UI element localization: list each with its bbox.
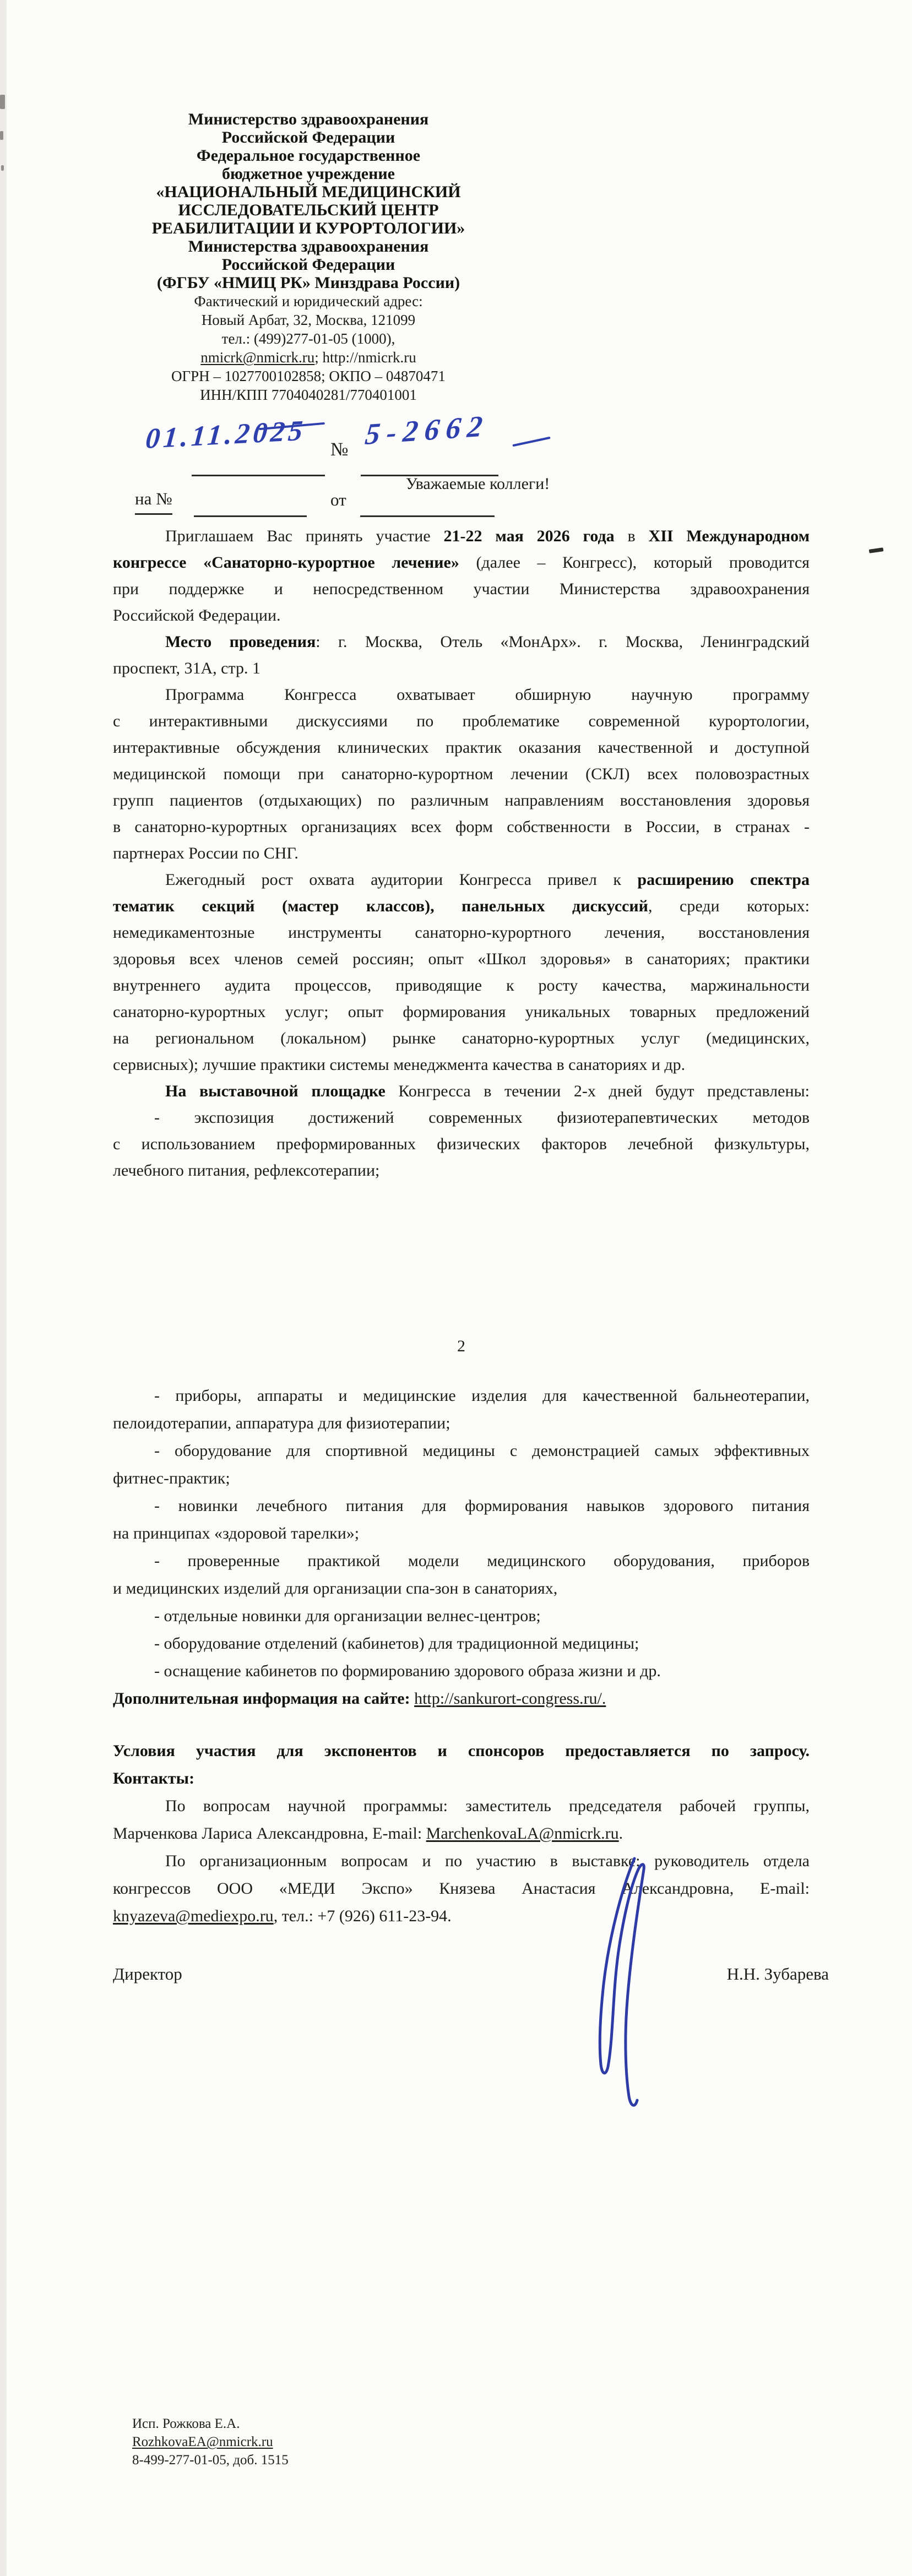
paragraph-line: Приглашаем Вас принять участие 21-22 мая… bbox=[113, 523, 810, 550]
signature-row: Директор Н.Н. Зубарева bbox=[113, 1960, 829, 1988]
paragraph-line: Ежегодный рост охвата аудитории Конгресс… bbox=[113, 867, 810, 893]
paragraph-line: тематик секций (мастер классов), панельн… bbox=[113, 893, 810, 920]
paragraph-line: На выставочной площадке Конгресса в тече… bbox=[113, 1078, 810, 1105]
letterhead-line: Министерство здравоохранения bbox=[132, 110, 485, 128]
paragraph-line: проспект, 31А, стр. 1 bbox=[113, 655, 810, 682]
letterhead-address-label: Фактический и юридический адрес: bbox=[132, 292, 485, 311]
contact-line: knyazeva@mediexpo.ru, тел.: +7 (926) 611… bbox=[113, 1903, 810, 1930]
page2-body: 2 - приборы, аппараты и медицинские изде… bbox=[113, 1333, 810, 1930]
text-run: Ежегодный рост охвата аудитории Конгресс… bbox=[165, 871, 637, 889]
paragraph-line: в санаторно-курортных организациях всех … bbox=[113, 814, 810, 840]
executor-email-link[interactable]: RozhkovaEA@nmicrk.ru bbox=[132, 2433, 289, 2451]
bullet-line: фитнес-практик; bbox=[113, 1465, 810, 1492]
director-name: Н.Н. Зубарева bbox=[727, 1960, 829, 1988]
handwritten-date: 01.11.2025 bbox=[144, 414, 307, 455]
letterhead-site: ; http://nmicrk.ru bbox=[314, 349, 416, 366]
letterhead-inn-kpp: ИНН/КПП 7704040281/770401001 bbox=[132, 385, 485, 404]
paragraph-line: Российской Федерации. bbox=[113, 602, 810, 629]
text-run-bold: тематик секций (мастер классов), панельн… bbox=[113, 897, 648, 915]
scanned-letter-page: Министерство здравоохранения Российской … bbox=[0, 0, 912, 2576]
page-number: 2 bbox=[113, 1333, 810, 1360]
page1-body: Уважаемые коллеги! Приглашаем Вас принят… bbox=[113, 471, 810, 1184]
paragraph-line: Программа Конгресса охватывает обширную … bbox=[113, 682, 810, 708]
letterhead: Министерство здравоохранения Российской … bbox=[132, 110, 485, 404]
paragraph-line: конгрессе «Санаторно-курортное лечение» … bbox=[113, 550, 810, 576]
bullet-line: - оборудование для спортивной медицины с… bbox=[113, 1437, 810, 1465]
text-run-bold: расширению спектра bbox=[637, 871, 810, 889]
text-run: . bbox=[619, 1824, 623, 1843]
congress-dates: 21-22 мая 2026 года bbox=[444, 527, 615, 545]
letterhead-line: Российской Федерации bbox=[132, 128, 485, 146]
paragraph-line: с интерактивными дискуссиями по проблема… bbox=[113, 708, 810, 735]
handwritten-number: 5-2662 bbox=[363, 409, 491, 452]
info-line: Дополнительная информация на сайте: http… bbox=[113, 1685, 810, 1713]
letterhead-line: бюджетное учреждение bbox=[132, 165, 485, 183]
paragraph-line: внутреннего аудита процессов, приводящие… bbox=[113, 972, 810, 999]
exhibition-label: На выставочной площадке bbox=[165, 1082, 386, 1100]
info-label: Дополнительная информация на сайте: bbox=[113, 1689, 414, 1708]
letterhead-ogrn-okpo: ОГРН – 1027700102858; ОКПО – 04870471 bbox=[132, 367, 485, 385]
bullet-line: с использованием преформированных физиче… bbox=[113, 1131, 810, 1157]
contact-line: По вопросам научной программы: заместите… bbox=[113, 1792, 810, 1820]
executor-name: Исп. Рожкова Е.А. bbox=[132, 2415, 289, 2433]
bullet-line: на принципах «здоровой тарелки»; bbox=[113, 1520, 810, 1547]
paragraph-line: интерактивные обсуждения клинических пра… bbox=[113, 735, 810, 761]
paragraph-line: сервисных); лучшие практики системы мене… bbox=[113, 1052, 810, 1078]
text-run: Марченкова Лариса Александровна, E-mail: bbox=[113, 1824, 426, 1843]
paragraph-line: партнерах России по СНГ. bbox=[113, 840, 810, 867]
paragraph-line: при поддержке и непосредственном участии… bbox=[113, 576, 810, 602]
paragraph-line: на региональном (локальном) рынке санато… bbox=[113, 1025, 810, 1052]
director-signature bbox=[567, 1853, 666, 2115]
text-run-bold: XII Международном bbox=[649, 527, 810, 545]
letterhead-line: Российской Федерации bbox=[132, 256, 485, 274]
bullet-line: - отдельные новинки для организации велн… bbox=[113, 1602, 810, 1630]
text-run: , тел.: +7 (926) 611-23-94. bbox=[274, 1907, 452, 1925]
contact-line: Марченкова Лариса Александровна, E-mail:… bbox=[113, 1820, 810, 1847]
greeting: Уважаемые коллеги! bbox=[113, 471, 810, 497]
letterhead-line: РЕАБИЛИТАЦИИ И КУРОРТОЛОГИИ» bbox=[132, 219, 485, 237]
letterhead-phone: тел.: (499)277-01-05 (1000), bbox=[132, 329, 485, 348]
scan-speck bbox=[0, 95, 5, 109]
venue-value: : г. Москва, Отель «МонАрх». г. Москва, … bbox=[316, 633, 810, 651]
number-sign-label: № bbox=[330, 439, 348, 460]
scan-speck bbox=[0, 131, 3, 140]
letterhead-line: «НАЦИОНАЛЬНЫЙ МЕДИЦИНСКИЙ bbox=[132, 183, 485, 201]
scan-edge-band bbox=[0, 0, 7, 2576]
paragraph-line: Место проведения: г. Москва, Отель «МонА… bbox=[113, 629, 810, 655]
conditions-line: Условия участия для экспонентов и спонсо… bbox=[113, 1737, 810, 1765]
knyazeva-email-link[interactable]: knyazeva@mediexpo.ru bbox=[113, 1907, 274, 1925]
venue-label: Место проведения bbox=[165, 633, 316, 651]
bullet-line: - новинки лечебного питания для формиров… bbox=[113, 1492, 810, 1520]
bullet-line: - проверенные практикой модели медицинск… bbox=[113, 1547, 810, 1575]
letterhead-line: Федеральное государственное bbox=[132, 146, 485, 165]
text-run: в bbox=[615, 527, 649, 545]
bullet-line: пелоидотерапии, аппаратура для физиотера… bbox=[113, 1410, 810, 1437]
paragraph-line: групп пациентов (отдыхающих) по различны… bbox=[113, 787, 810, 814]
scan-artifact-dash bbox=[869, 547, 884, 553]
paragraph-line: медицинской помощи при санаторно-курортн… bbox=[113, 761, 810, 787]
bullet-line: - приборы, аппараты и медицинские издели… bbox=[113, 1382, 810, 1410]
paragraph-line: санаторно-курортных услуг; опыт формиров… bbox=[113, 999, 810, 1025]
contacts-title: Контакты: bbox=[113, 1765, 810, 1792]
text-run: Конгресса в течении 2-х дней будут предс… bbox=[386, 1082, 810, 1100]
text-run: (далее – Конгресс), который проводится bbox=[459, 553, 810, 572]
congress-title: конгрессе «Санаторно-курортное лечение» bbox=[113, 553, 459, 572]
letterhead-email-link[interactable]: nmicrk@nmicrk.ru bbox=[200, 349, 314, 366]
scan-speck bbox=[1, 165, 4, 171]
text-run: , среди которых: bbox=[648, 897, 810, 915]
marchenkova-email-link[interactable]: MarchenkovaLA@nmicrk.ru bbox=[426, 1824, 619, 1843]
contact-line: По организационным вопросам и по участию… bbox=[113, 1847, 810, 1875]
paragraph-line: немедикаментозные инструменты санаторно-… bbox=[113, 920, 810, 946]
director-label: Директор bbox=[113, 1960, 182, 1988]
letterhead-email-line: nmicrk@nmicrk.ru; http://nmicrk.ru bbox=[132, 348, 485, 367]
bullet-line: - оборудование отделений (кабинетов) для… bbox=[113, 1630, 810, 1657]
text-run: Приглашаем Вас принять участие bbox=[165, 527, 444, 545]
bullet-line: лечебного питания, рефлексотерапии; bbox=[113, 1157, 810, 1184]
handwritten-flourish bbox=[512, 437, 550, 447]
contact-line: конгрессов ООО «МЕДИ Экспо» Князева Анас… bbox=[113, 1875, 810, 1903]
letterhead-line: ИССЛЕДОВАТЕЛЬСКИЙ ЦЕНТР bbox=[132, 201, 485, 219]
letterhead-line: (ФГБУ «НМИЦ РК» Минздрава России) bbox=[132, 274, 485, 292]
bullet-line: - оснащение кабинетов по формированию зд… bbox=[113, 1657, 810, 1685]
congress-site-link[interactable]: http://sankurort-congress.ru/. bbox=[414, 1689, 606, 1708]
letterhead-line: Министерства здравоохранения bbox=[132, 237, 485, 256]
executor-phone: 8-499-277-01-05, доб. 1515 bbox=[132, 2451, 289, 2469]
bullet-line: - экспозиция достижений современных физи… bbox=[113, 1105, 810, 1131]
letterhead-address: Новый Арбат, 32, Москва, 121099 bbox=[132, 311, 485, 329]
executor-block: Исп. Рожкова Е.А. RozhkovaEA@nmicrk.ru 8… bbox=[132, 2415, 289, 2469]
bullet-line: и медицинских изделий для организации сп… bbox=[113, 1575, 810, 1602]
paragraph-line: здоровья всех членов семей россиян; опыт… bbox=[113, 946, 810, 972]
